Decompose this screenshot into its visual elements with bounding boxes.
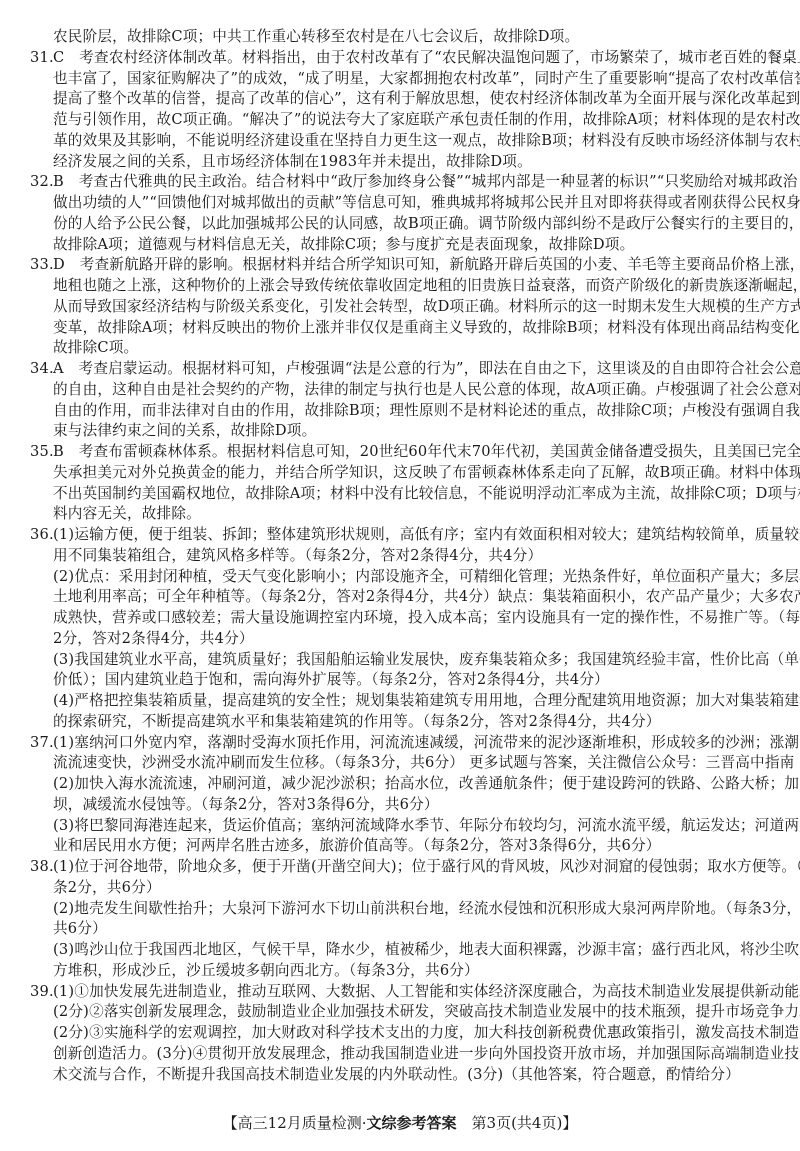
text-line: 成熟快，营养或口感较差；需大量设施调控室内环境，投入成本高；室内设施具有一定的操… (53, 607, 800, 628)
line-text: 方堆积，形成沙丘，沙丘缓坡多朝向西北方。（每条3分，共6分） (53, 962, 479, 979)
line-text: 料内容无关，故排除。 (53, 505, 201, 522)
text-line: 34.A 考查启蒙运动。根据材料可知，卢梭强调“法是公意的行为”，即法在自由之下… (53, 358, 800, 379)
line-text: 术交流与合作，不断提升我国高技术制造业发展的内外联动性。(3分)（其他答案，符合… (53, 1066, 740, 1083)
line-text: 从而导致国家经济结构与阶级关系变化，引发社会转型，故D项正确。材料所示的这一时期… (53, 298, 800, 315)
line-text: 条2分，共6分） (53, 879, 161, 896)
line-text: 土地利用率高；可全年种植等。（每条2分，答对2条得4分，共4分）缺点：集装箱面积… (53, 588, 800, 605)
line-text: D 考查新航路开辟的影响。根据材料并结合所学知识可知，新航路开辟后英国的小麦、羊… (53, 256, 800, 273)
text-line: 革的效果及其影响，不能说明经济建设重在坚持自力更生这一观点，故排除B项；材料没有… (53, 130, 800, 151)
text-line: 变革，故排除A项；材料反映出的物价上涨并非仅仅是重商主义导致的，故排除B项；材料… (53, 317, 800, 338)
line-text: 价低）；国内建筑业趋于饱和，需向海外扩展等。（每条2分，答对2条得4分，共4分） (53, 671, 609, 688)
text-line: 32.B 考查古代雅典的民主政治。结合材料中“政厅参加终身公餐”“城邦内部是一种… (53, 171, 798, 192)
question-number: 32. (30, 171, 54, 192)
line-text: 地租也随之上涨，这种物价的上涨会导致传统依靠收固定地租的旧贵族日益衰落，而资产阶… (53, 277, 800, 294)
line-text: 自由的作用，而非法律对自由的作用，故排除B项；理性原则不是材料论述的重点，故排除… (53, 402, 800, 419)
line-text: (1)位于河谷地带，阶地众多，便于开凿(开凿空间大)；位于盛行风的背风坡，风沙对… (53, 858, 800, 875)
text-line: 39.(1)①加快发展先进制造业，推动互联网、大数据、人工智能和实体经济深度融合… (53, 981, 800, 1002)
line-text: (3)鸣沙山位于我国西北地区，气候干旱，降水少，植被稀少，地表大面积裸露，沙源丰… (53, 941, 800, 958)
line-text: A 考查启蒙运动。根据材料可知，卢梭强调“法是公意的行为”，即法在自由之下，这里… (53, 360, 800, 377)
text-line: 故排除A项；道德观与材料信息无关，故排除C项；参与度扩充是表面现象，故排除D项。 (53, 234, 634, 255)
text-line: 故排除C项。 (53, 337, 138, 358)
text-line: 2分，答对2条得4分，共4分） (53, 628, 254, 649)
question-number: 38. (30, 856, 54, 877)
footer-page-number: 第3页(共4页)】 (457, 1114, 578, 1132)
line-text: 成熟快，营养或口感较差；需大量设施调控室内环境，投入成本高；室内设施具有一定的操… (53, 609, 800, 626)
line-text: 范与引领作用，故C项正确。“解决了”的说法夸大了家庭联产承包责任制的作用，故排除… (53, 111, 800, 128)
line-text: (2)地壳发生间歇性抬升；大泉河下游河水下切山前洪积台地，经流水侵蚀和沉积形成大… (53, 900, 800, 917)
text-line: 的探索研究，不断提高建筑水平和集装箱建筑的作用等。（每条2分，答对2条得4分，共… (53, 711, 661, 732)
line-text: C 考查农村经济体制改革。材料指出，由于农村改革有了“农民解决温饱问题了，市场繁… (53, 49, 800, 66)
line-text: (4)严格把控集装箱质量，提高建筑的安全性；规划集装箱建筑专用用地，合理分配建筑… (53, 692, 800, 709)
line-text: 流流速变快，沙洲受水流冲刷而发生位移。（每条3分，共6分） 更多试题与答案，关注… (53, 754, 794, 771)
text-line: 33.D 考查新航路开辟的影响。根据材料并结合所学知识可知，新航路开辟后英国的小… (53, 254, 800, 275)
text-line: (2)地壳发生间歇性抬升；大泉河下游河水下切山前洪积台地，经流水侵蚀和沉积形成大… (53, 898, 800, 919)
line-text: 份的人给予公民公餐，以此加强城邦公民的认同感，故B项正确。调节阶级内部纠纷不是政… (53, 215, 800, 232)
line-text: 农民阶层，故排除C项；中共工作重心转移至农村是在八七会议后，故排除D项。 (53, 28, 579, 45)
line-text: (2分)③实施科学的宏观调控，加大财政对科学技术支出的力度，加大科技创新税费优惠… (53, 1024, 800, 1041)
line-text: 共6分） (53, 920, 107, 937)
line-text: 用不同集装箱组合，建筑风格多样等。（每条2分，答对2条得4分，共4分） (53, 547, 542, 564)
text-line: (2)优点：采用封闭种植，受天气变化影响小；内部设施齐全，可精细化管理；光热条件… (53, 566, 800, 587)
text-line: 失承担美元对外兑换黄金的能力，并结合所学知识，这反映了布雷顿森林体系走向了瓦解，… (53, 462, 800, 483)
question-number: 36. (30, 524, 54, 545)
text-line: 价低）；国内建筑业趋于饱和，需向海外扩展等。（每条2分，答对2条得4分，共4分） (53, 669, 609, 690)
text-line: 38.(1)位于河谷地带，阶地众多，便于开凿(开凿空间大)；位于盛行风的背风坡，… (53, 856, 800, 877)
text-line: 自由的作用，而非法律对自由的作用，故排除B项；理性原则不是材料论述的重点，故排除… (53, 400, 800, 421)
text-line: 不出英国制约美国霸权地位，故排除A项；材料中没有比较信息，不能说明浮动汇率成为主… (53, 483, 800, 504)
line-text: (1)①加快发展先进制造业，推动互联网、大数据、人工智能和实体经济深度融合，为高… (53, 983, 800, 1000)
text-line: 提高了整个改革的信誉，提高了改革的信心”，这有利于解放思想，使农村经济体制改革为… (53, 88, 800, 109)
text-line: (2)加快入海水流流速，冲刷河道，减少泥沙淤积；抬高水位，改善通航条件；便于建设… (53, 773, 800, 794)
text-line: 术交流与合作，不断提升我国高技术制造业发展的内外联动性。(3分)（其他答案，符合… (53, 1064, 740, 1085)
text-line: 坝，减缓流水侵蚀等。（每条2分，答对3条得6分，共6分） (53, 794, 439, 815)
line-text: (2)优点：采用封闭种植，受天气变化影响小；内部设施齐全，可精细化管理；光热条件… (53, 568, 800, 585)
line-text: 失承担美元对外兑换黄金的能力，并结合所学知识，这反映了布雷顿森林体系走向了瓦解，… (53, 464, 800, 481)
line-text: (3)将巴黎同海港连起来，货运价值高；塞纳河流域降水季节、年际分布较均匀，河流水… (53, 817, 800, 834)
text-line: 料内容无关，故排除。 (53, 503, 201, 524)
text-line: 35.B 考查布雷顿森林体系。根据材料信息可知，20世纪60年代末70年代初，美… (53, 441, 800, 462)
text-line: 方堆积，形成沙丘，沙丘缓坡多朝向西北方。（每条3分，共6分） (53, 960, 479, 981)
text-line: 条2分，共6分） (53, 877, 161, 898)
question-number: 37. (30, 732, 54, 753)
text-line: 36.(1)运输方便，便于组装、拆卸；整体建筑形状规则，高低有序；室内有效面积相… (53, 524, 800, 545)
question-number: 35. (30, 441, 54, 462)
line-text: 做出功绩的人”“回馈他们对城邦做出的贡献”等信息可知，雅典城邦将城邦公民并且对即… (53, 194, 800, 211)
text-line: 土地利用率高；可全年种植等。（每条2分，答对2条得4分，共4分）缺点：集装箱面积… (53, 586, 800, 607)
line-text: 创新创造活力。(3分)④贯彻开放发展理念，推动我国制造业进一步向外国投资开放市场… (53, 1045, 799, 1062)
question-number: 33. (30, 254, 54, 275)
question-number: 39. (30, 981, 54, 1002)
text-line: 地租也随之上涨，这种物价的上涨会导致传统依靠收固定地租的旧贵族日益衰落，而资产阶… (53, 275, 800, 296)
text-line: 37.(1)塞纳河口外宽内窄，落潮时受海水顶托作用，河流流速减缓，河流带来的泥沙… (53, 732, 800, 753)
line-text: 故排除C项。 (53, 339, 138, 356)
text-line: 束与法律约束之间的关系，故排除D项。 (53, 420, 316, 441)
line-text: 坝，减缓流水侵蚀等。（每条2分，答对3条得6分，共6分） (53, 796, 439, 813)
page-footer: 【高三12月质量检测·文综参考答案 第3页(共4页)】 (0, 1112, 800, 1134)
line-text: 变革，故排除A项；材料反映出的物价上涨并非仅仅是重商主义导致的，故排除B项；材料… (53, 319, 800, 336)
text-line: 用不同集装箱组合，建筑风格多样等。（每条2分，答对2条得4分，共4分） (53, 545, 542, 566)
line-text: (1)运输方便，便于组装、拆卸；整体建筑形状规则，高低有序；室内有效面积相对较大… (53, 526, 800, 543)
text-line: 经济发展之间的关系，且市场经济体制在1983年并未提出，故排除D项。 (53, 151, 532, 172)
text-line: 也丰富了，国家征购解决了”的成效，“成了明星，大家都拥抱农村改革”，同时产生了重… (53, 68, 800, 89)
text-line: (2分)②落实创新发展理念，鼓励制造业企业加强技术研发，突破高技术制造业发展中的… (53, 1001, 800, 1022)
text-line: 流流速变快，沙洲受水流冲刷而发生位移。（每条3分，共6分） 更多试题与答案，关注… (53, 752, 794, 773)
line-text: 的探索研究，不断提高建筑水平和集装箱建筑的作用等。（每条2分，答对2条得4分，共… (53, 713, 661, 730)
text-line: 农民阶层，故排除C项；中共工作重心转移至农村是在八七会议后，故排除D项。 (53, 26, 579, 47)
footer-title: 文综参考答案 (367, 1114, 457, 1132)
line-text: 革的效果及其影响，不能说明经济建设重在坚持自力更生这一观点，故排除B项；材料没有… (53, 132, 800, 149)
question-number: 34. (30, 358, 54, 379)
text-line: 范与引领作用，故C项正确。“解决了”的说法夸大了家庭联产承包责任制的作用，故排除… (53, 109, 800, 130)
line-text: 的自由，这种自由是社会契约的产物，法律的制定与执行也是人民公意的体现，故A项正确… (53, 381, 800, 398)
text-line: (3)我国建筑业水平高，建筑质量好；我国船舶运输业发展快，废弃集装箱众多；我国建… (53, 649, 800, 670)
text-line: (3)鸣沙山位于我国西北地区，气候干旱，降水少，植被稀少，地表大面积裸露，沙源丰… (53, 939, 800, 960)
line-text: 2分，答对2条得4分，共4分） (53, 630, 254, 647)
line-text: 提高了整个改革的信誉，提高了改革的信心”，这有利于解放思想，使农村经济体制改革为… (53, 90, 800, 107)
footer-prefix: 【高三12月质量检测· (223, 1114, 367, 1132)
text-line: (3)将巴黎同海港连起来，货运价值高；塞纳河流域降水季节、年际分布较均匀，河流水… (53, 815, 800, 836)
line-text: 束与法律约束之间的关系，故排除D项。 (53, 422, 316, 439)
line-text: 不出英国制约美国霸权地位，故排除A项；材料中没有比较信息，不能说明浮动汇率成为主… (53, 485, 800, 502)
text-line: 做出功绩的人”“回馈他们对城邦做出的贡献”等信息可知，雅典城邦将城邦公民并且对即… (53, 192, 800, 213)
line-text: 也丰富了，国家征购解决了”的成效，“成了明星，大家都拥抱农村改革”，同时产生了重… (53, 70, 800, 87)
line-text: B 考查布雷顿森林体系。根据材料信息可知，20世纪60年代末70年代初，美国黄金… (53, 443, 800, 460)
text-line: 共6分） (53, 918, 107, 939)
text-line: 创新创造活力。(3分)④贯彻开放发展理念，推动我国制造业进一步向外国投资开放市场… (53, 1043, 799, 1064)
text-line: 的自由，这种自由是社会契约的产物，法律的制定与执行也是人民公意的体现，故A项正确… (53, 379, 800, 400)
line-text: (2)加快入海水流流速，冲刷河道，减少泥沙淤积；抬高水位，改善通航条件；便于建设… (53, 775, 800, 792)
text-line: (2分)③实施科学的宏观调控，加大财政对科学技术支出的力度，加大科技创新税费优惠… (53, 1022, 800, 1043)
text-line: (4)严格把控集装箱质量，提高建筑的安全性；规划集装箱建筑专用用地，合理分配建筑… (53, 690, 800, 711)
text-line: 从而导致国家经济结构与阶级关系变化，引发社会转型，故D项正确。材料所示的这一时期… (53, 296, 800, 317)
line-text: (3)我国建筑业水平高，建筑质量好；我国船舶运输业发展快，废弃集装箱众多；我国建… (53, 651, 800, 668)
line-text: 故排除A项；道德观与材料信息无关，故排除C项；参与度扩充是表面现象，故排除D项。 (53, 236, 634, 253)
question-number: 31. (30, 47, 54, 68)
line-text: B 考查古代雅典的民主政治。结合材料中“政厅参加终身公餐”“城邦内部是一种显著的… (53, 173, 798, 190)
line-text: (1)塞纳河口外宽内窄，落潮时受海水顶托作用，河流流速减缓，河流带来的泥沙逐渐堆… (53, 734, 800, 751)
text-line: 份的人给予公民公餐，以此加强城邦公民的认同感，故B项正确。调节阶级内部纠纷不是政… (53, 213, 800, 234)
line-text: 经济发展之间的关系，且市场经济体制在1983年并未提出，故排除D项。 (53, 153, 532, 170)
text-line: 业和居民用水方便；河两岸名胜古迹多，旅游价值高等。（每条2分，答对3条得6分，共… (53, 835, 661, 856)
line-text: 业和居民用水方便；河两岸名胜古迹多，旅游价值高等。（每条2分，答对3条得6分，共… (53, 837, 661, 854)
text-line: 31.C 考查农村经济体制改革。材料指出，由于农村改革有了“农民解决温饱问题了，… (53, 47, 800, 68)
line-text: (2分)②落实创新发展理念，鼓励制造业企业加强技术研发，突破高技术制造业发展中的… (53, 1003, 800, 1020)
